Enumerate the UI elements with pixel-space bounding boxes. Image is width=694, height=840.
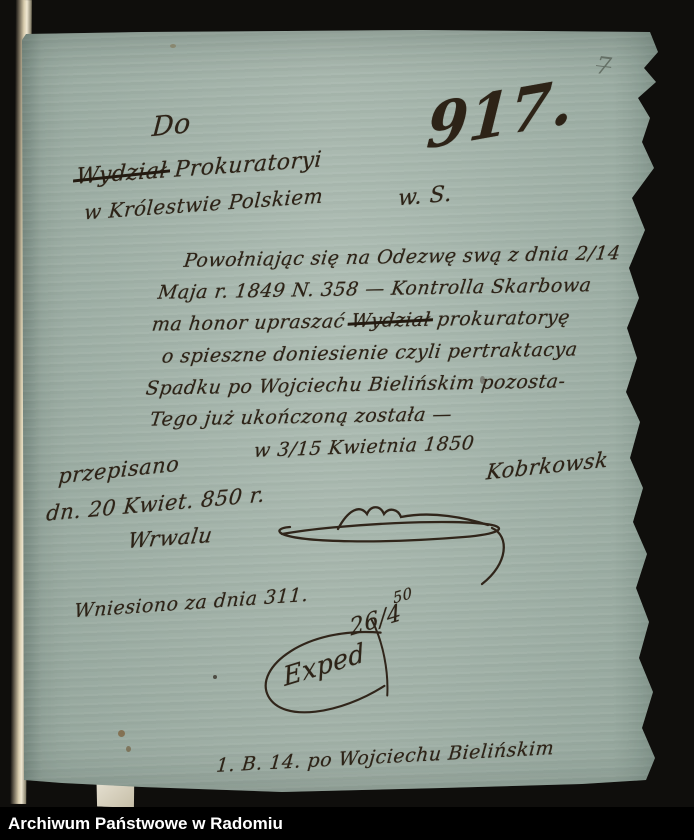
body-line-3-post: prokuratoryę [429, 306, 571, 330]
body-crossed-word: Wydział [350, 309, 432, 332]
address-line-2: w Królestwie Polskiem [83, 184, 324, 225]
archive-photo: 7 917. w. S. Do Wydział Prokuratoryi w K… [0, 0, 694, 840]
paper-stain [480, 376, 485, 384]
address-line-1: Wydział Prokuratoryi [75, 147, 322, 189]
address-recipient: Prokuratoryi [174, 147, 323, 182]
received-note: Wniesiono za dnia 311. [74, 584, 310, 623]
archive-bar: Archiwum Państwowe w Radomiu [0, 807, 694, 840]
ws-note: w. S. [397, 182, 452, 212]
body-line-5: Spadku po Wojciechu Bielińskim pozosta- [145, 370, 567, 399]
body-line-1: Powołniając się na Odezwę swą z dnia 2/1… [183, 242, 622, 272]
document-paper: 7 917. w. S. Do Wydział Prokuratoryi w K… [22, 30, 664, 792]
address-salutation: Do [151, 108, 192, 143]
registry-number: 917. [425, 66, 576, 164]
archive-bar-label: Archiwum Państwowe w Radomiu [8, 814, 283, 834]
paper-stain [170, 44, 176, 48]
body-dateline: w 3/15 Kwietnia 1850 [253, 432, 476, 462]
body-line-3-pre: ma honor upraszać [151, 310, 353, 336]
paper-stain [213, 675, 217, 679]
margin-note-signature: Wrwalu [126, 523, 214, 553]
docket-line: 1. B. 14. po Wojciechu Bielińskim [215, 737, 555, 777]
paraph-flourish [268, 476, 530, 594]
body-line-6: Tego już ukończoną została — [149, 403, 454, 430]
paper-stain [118, 730, 125, 737]
pencil-page-number: 7 [594, 51, 613, 81]
margin-note-line-2: dn. 20 Kwiet. 850 r. [45, 482, 266, 525]
body-line-2: Maja r. 1849 N. 358 — Kontrolla Skarbowa [157, 274, 593, 304]
margin-note-line-1: przepisano [57, 451, 180, 488]
body-line-4: o spieszne doniesienie czyli pertraktacy… [161, 338, 579, 367]
paper-stain [126, 746, 131, 752]
body-line-3: ma honor upraszać Wydział prokuratoryę [151, 306, 572, 335]
address-crossed-word: Wydział [75, 158, 168, 190]
